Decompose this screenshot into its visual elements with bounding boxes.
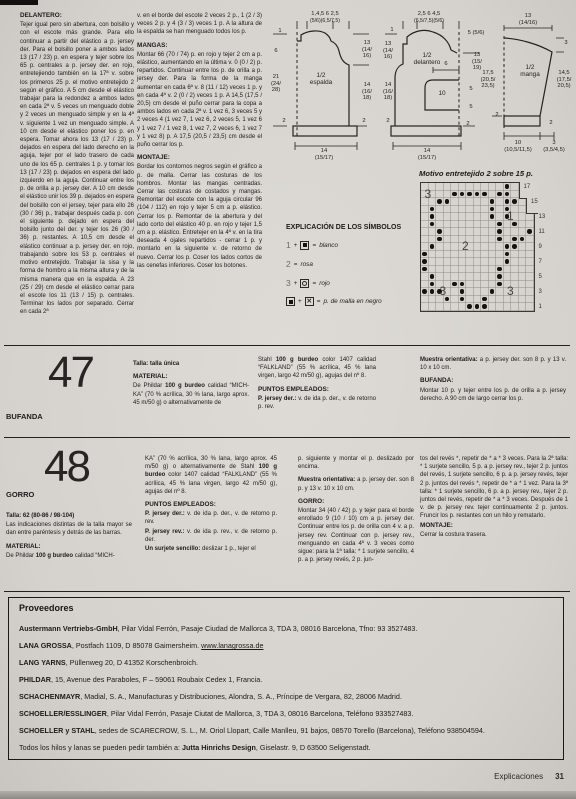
motif-row-number: 15 (531, 199, 538, 205)
measure-label: 3 (3,5/4,5) (534, 140, 574, 153)
legend-row: 1 + = blanco (286, 240, 418, 250)
supplier-entry: LANG YARNS, Püllenweg 20, D 41352 Korsch… (19, 658, 553, 667)
montaje-body: Cerrar la costura trasera. (420, 531, 568, 539)
escote-continuation: v. en el borde del escote 2 veces 2 p., … (137, 12, 262, 37)
measure-label: 2 (492, 112, 502, 119)
symbol-legend-heading: EXPLICACIÓN DE LOS SÍMBOLOS (286, 224, 418, 231)
motif-row-number: 9 (539, 244, 542, 250)
sec48-column-2: KA” (70 % acrílica, 30 % lana, largo apr… (145, 455, 277, 554)
motif-dot (467, 304, 472, 309)
espalda-schematic: 1,4,5 6 2,5 (5/6)(6,5/7,5) 1 6 21 (24/ 2… (263, 14, 379, 170)
measure-label: 1 (275, 28, 285, 35)
motif-dot (505, 199, 510, 204)
motif-dot (497, 267, 502, 272)
punto-line: P. jersey der.: v. de ida p. der., v. de… (145, 510, 277, 526)
measure-label: 2,5 6 4,5 (397, 11, 461, 18)
piece-name-label: 1/2 manga (510, 64, 550, 79)
measure-label: (5/6)(6,5/7,5) (289, 18, 361, 25)
supplier-details: , Giselastr. 9, D 63500 Seligenstadt. (256, 743, 371, 752)
supplier-website-link[interactable]: www.lanagrossa.de (201, 641, 263, 650)
motif-dot (475, 304, 480, 309)
motif-dot (460, 289, 465, 294)
pattern-title-bufanda: BUFANDA (6, 412, 43, 421)
motif-dot (422, 267, 427, 272)
material-heading: MATERIAL: (6, 543, 132, 551)
puntos-heading: PUNTOS EMPLEADOS: (145, 501, 277, 509)
measure-label: 2 (383, 118, 393, 125)
motif-dot (490, 199, 495, 204)
gorro-continuation: tos del revés *, repetir de * a * 3 vece… (420, 455, 568, 521)
material-text: De Phildar (133, 383, 165, 389)
material-text: Stahl (258, 357, 276, 363)
motif-dot (505, 252, 510, 257)
motif-dot (505, 244, 510, 249)
sec48-column-4: tos del revés *, repetir de * a * 3 vece… (420, 455, 568, 540)
motif-dot (452, 282, 457, 287)
motif-dot (437, 199, 442, 204)
legend-row: 2 = rosa (286, 259, 418, 269)
measure-label: 17,5 (20,5/ 23,5) (474, 70, 502, 90)
equals-sign: = (312, 242, 316, 249)
pattern-number-48: 48 (44, 442, 89, 492)
supplier-details: , Püllenweg 20, D 41352 Korschenbroich. (66, 658, 198, 667)
color-value: rosa (300, 261, 312, 268)
gorro-body: Montar 34 (40 / 42) p. y tejer para el b… (298, 507, 414, 564)
motif-dot (475, 192, 480, 197)
punto-line: Un surjete sencillo: deslizar 1 p., teje… (145, 545, 277, 553)
motif-dot (497, 229, 502, 234)
measure-label: 6 (271, 48, 281, 55)
supplier-name: Jutta Hinrichs Design (182, 743, 256, 752)
motif-region-number: 3 (425, 188, 432, 200)
supplier-details: , Madial, S. A., Manufacturas y Distribu… (80, 692, 402, 701)
muestra-term: Muestra orientativa: (420, 357, 478, 363)
black-stitch-symbol-icon (300, 241, 309, 250)
punto-term: P. jersey der.: (145, 511, 185, 517)
punto-desc: deslizar 1 p., tejer el (200, 546, 255, 552)
talla-line: Talla: 62 (80-86 / 98-104) (6, 512, 132, 520)
color-number: 3 (286, 278, 291, 288)
montaje-heading: MONTAJE: (137, 154, 262, 162)
motif-dot (512, 199, 517, 204)
motif-dot (430, 289, 435, 294)
motif-grid: 312331715131197531 (420, 182, 535, 312)
sec48-column-1: Talla: 62 (80-86 / 98-104) Las indicacio… (6, 512, 132, 561)
supplier-entry: PHILDAR, 15, Avenue des Paraboles, F – 5… (19, 675, 553, 684)
measure-label: 2 (279, 118, 289, 125)
motif-dot (497, 282, 502, 287)
suppliers-heading: Proveedores (19, 603, 74, 613)
material-body: Stahl 100 g burdeo color 1407 calidad “F… (258, 356, 376, 381)
motif-dot (482, 304, 487, 309)
motif-row-number: 5 (539, 274, 542, 280)
article-column-2: v. en el borde del escote 2 veces 2 p., … (137, 12, 262, 271)
motif-dot (430, 214, 435, 219)
motif-dot (460, 192, 465, 197)
supplier-entry: SCHOELLER y STAHL, sedes de SCARECROW, S… (19, 726, 553, 735)
motif-dot (422, 259, 427, 264)
x-symbol-icon: ✕ (305, 297, 314, 306)
motif-row-number: 7 (539, 259, 542, 265)
plus-sign: + (298, 298, 302, 305)
material-yarn-amount: 100 g burdeo (276, 357, 318, 363)
circle-icon (302, 281, 307, 286)
measure-label: (6,5/7,5)(5/6) (395, 18, 463, 25)
scan-edge-artifact (0, 0, 38, 5)
supplier-name: LANA GROSSA (19, 641, 72, 650)
measure-label: 13 (14/ 16) (376, 41, 400, 61)
gorro-heading: GORRO: (298, 498, 414, 506)
measure-label: 21 (24/ 28) (263, 74, 289, 94)
mangas-heading: MANGAS: (137, 42, 262, 50)
supplier-entry: LANA GROSSA, Postfach 1109, D 85078 Gaim… (19, 641, 553, 650)
symbol-legend: EXPLICACIÓN DE LOS SÍMBOLOS 1 + = blanco… (286, 224, 418, 306)
material-yarn-amount: 100 g burdeo (165, 383, 205, 389)
material-body: De Phildar 100 g burdeo calidad “MICH-KA… (133, 382, 249, 407)
motif-dot (520, 237, 525, 242)
circle-symbol-icon (300, 279, 309, 288)
scan-edge-artifact (0, 791, 576, 799)
measure-label: 13 (14/16) (502, 13, 554, 26)
sec48-column-3: p. siguiente y montar el p. deslizado po… (298, 455, 414, 565)
motif-dot (437, 229, 442, 234)
equals-sign: = (317, 298, 321, 305)
color-value: p. de malla en negro (323, 298, 381, 305)
sec47-column-3: Stahl 100 g burdeo color 1407 calidad “F… (258, 356, 376, 412)
section-divider (4, 437, 570, 438)
supplier-prefix: Todos los hilos y lanas se pueden pedir … (19, 743, 182, 752)
supplier-details: , 15, Avenue des Paraboles, F – 59061 Ro… (51, 675, 262, 684)
measure-label: 2 (463, 121, 473, 128)
supplier-name: PHILDAR (19, 675, 51, 684)
material-text: color 1407 calidad “FALKLAND” (55 % acrí… (145, 472, 277, 494)
motif-dot (437, 237, 442, 242)
measure-label: 1 (387, 27, 397, 34)
material-text: KA” (70 % acrílica, 30 % lana, largo apr… (145, 456, 277, 470)
pattern-number-47: 47 (48, 348, 93, 398)
motif-dot (512, 237, 517, 242)
legend-row: + ✕ = p. de malla en negro (286, 297, 418, 306)
color-value: blanco (319, 242, 338, 249)
equals-sign: = (312, 280, 316, 287)
measure-label: 14,5 (17,5/ 20,5) (550, 70, 576, 90)
supplier-details: , Postfach 1109, D 85078 Gaimersheim. (72, 641, 201, 650)
section-divider (4, 591, 570, 592)
pattern-title-gorro: GORRO (6, 490, 34, 499)
motif-dot (497, 274, 502, 279)
motif-dot (430, 222, 435, 227)
page-footer: Explicaciones31 (380, 772, 564, 781)
section-divider (4, 345, 570, 346)
motif-dot (497, 237, 502, 242)
punto-line: P. jersey der.: v. de ida p. der., v. de… (258, 395, 376, 411)
measure-label: 1,4,5 6 2,5 (291, 11, 359, 18)
motif-row-number: 13 (539, 214, 546, 220)
motif-dot (430, 282, 435, 287)
punto-term: P. jersey rev.: (145, 529, 184, 535)
motif-dot (527, 229, 532, 234)
filled-square-icon (303, 243, 307, 247)
magazine-page: DELANTERO: Tejer igual pero sin abertura… (0, 0, 576, 799)
supplier-name: SCHOELLER y STAHL (19, 726, 95, 735)
motif-chart-title: Motivo entretejido 2 sobre 15 p. (388, 169, 564, 178)
measure-label: 14 (15/17) (291, 148, 357, 161)
supplier-entry: SCHOELLER/ESSLINGER, Pilar Vidal Ferrón,… (19, 709, 553, 718)
motif-dot (467, 192, 472, 197)
talla-line: Talla: talla única (133, 360, 249, 368)
plus-sign: + (294, 280, 298, 287)
motif-dot (482, 297, 487, 302)
motif-dot (505, 259, 510, 264)
motif-dot (430, 207, 435, 212)
motif-dot (422, 289, 427, 294)
talla-note: Las indicaciones distintas de la talla m… (6, 521, 132, 537)
pocket-label: 10 (433, 90, 451, 97)
supplier-details: , Pilar Vidal Ferrón, Pasaje Ciutat de M… (107, 709, 413, 718)
motif-region-number: 3 (440, 285, 447, 297)
muestra-line: Muestra orientativa: a p. jersey der. so… (298, 476, 414, 492)
sec47-column-2: Talla: talla única MATERIAL: De Phildar … (133, 360, 249, 408)
bufanda-body: Montar 10 p. y tejer entre los p. de ori… (420, 387, 566, 403)
footer-section-label: Explicaciones (494, 772, 543, 781)
mangas-body: Montar 66 (70 / 74) p. en rojo y tejer 2… (137, 51, 262, 149)
motif-dot (445, 199, 450, 204)
piece-name-label: 1/2 espalda (299, 72, 343, 87)
material-text: De Phildar (6, 553, 36, 559)
punto-line: P. jersey rev.: v. de ida p. rev., v. de… (145, 528, 277, 544)
montaje-body: Bordar los contornos negros según el grá… (137, 163, 262, 270)
material-body: KA” (70 % acrílica, 30 % lana, largo apr… (145, 455, 277, 496)
measure-label: 2 (546, 120, 556, 127)
measure-label: 2 (359, 118, 369, 125)
puntos-heading: PUNTOS EMPLEADOS: (258, 386, 376, 394)
motif-row-number: 17 (524, 184, 531, 190)
motif-region-number: 3 (507, 285, 514, 297)
supplier-name: SCHOELLER/ESSLINGER (19, 709, 107, 718)
motif-dot (497, 222, 502, 227)
color-value: rojo (319, 280, 330, 287)
page-number: 31 (555, 772, 564, 781)
measure-label: 14 (16/ 18) (376, 82, 400, 102)
motif-dot (430, 274, 435, 279)
bufanda-heading: BUFANDA: (420, 377, 566, 385)
material-yarn-amount: 100 g burdeo (36, 553, 73, 559)
motif-dot (482, 192, 487, 197)
motif-dot (497, 192, 502, 197)
muestra-term: Muestra orientativa: (298, 477, 355, 483)
article-column-1: DELANTERO: Tejer igual pero sin abertura… (20, 12, 134, 318)
material-body: De Phildar 100 g burdeo calidad “MICH- (6, 552, 132, 560)
motif-region-number: 1 (507, 210, 514, 222)
motif-row-number: 3 (539, 289, 542, 295)
motif-dot (490, 207, 495, 212)
supplier-name: LANG YARNS (19, 658, 66, 667)
supplier-entry: SCHACHENMAYR, Madial, S. A., Manufactura… (19, 692, 553, 701)
muestra-line: Muestra orientativa: a p. jersey der. so… (420, 356, 566, 372)
x-icon: ✕ (307, 299, 312, 305)
black-stitch-symbol-icon (286, 297, 295, 306)
montaje-heading: MONTAJE: (420, 522, 568, 530)
motif-dot (430, 244, 435, 249)
supplier-entry: Todos los hilos y lanas se pueden pedir … (19, 743, 553, 752)
plus-sign: + (294, 242, 298, 249)
motif-chart: 312331715131197531 (420, 182, 566, 316)
measure-label: 14 (15/17) (393, 148, 461, 161)
equals-sign: = (294, 261, 298, 268)
motif-dot (490, 289, 495, 294)
motif-dot (505, 192, 510, 197)
delantero-body: Tejer igual pero sin abertura, con bolsi… (20, 21, 134, 316)
motif-dot (460, 282, 465, 287)
supplier-name: Austermann Vertriebs-GmbH (19, 624, 118, 633)
punto-term: Un surjete sencillo: (145, 546, 200, 552)
supplier-details: , sedes de SCARECROW, S. L., M. Oriol Ll… (95, 726, 485, 735)
motif-dot (460, 297, 465, 302)
delantero-heading: DELANTERO: (20, 12, 134, 20)
sec47-column-4: Muestra orientativa: a p. jersey der. so… (420, 356, 566, 404)
motif-dot (422, 252, 427, 257)
supplier-entry: Austermann Vertriebs-GmbH, Pilar Vidal F… (19, 624, 553, 633)
color-number: 1 (286, 240, 291, 250)
filled-square-icon (289, 300, 293, 304)
supplier-details: , Pilar Vidal Ferrón, Pasaje Ciudad de M… (118, 624, 418, 633)
motif-dot (452, 192, 457, 197)
material-heading: MATERIAL: (133, 373, 249, 381)
motif-region-number: 2 (462, 240, 469, 252)
motif-dot (512, 244, 517, 249)
motif-row-number: 1 (539, 304, 542, 310)
color-number: 2 (286, 259, 291, 269)
manga-schematic: 13 (14/16) 17,5 (20,5/ 23,5) 2 3 14,5 (1… (476, 22, 576, 168)
supplier-name: SCHACHENMAYR (19, 692, 80, 701)
material-text: calidad “MICH- (73, 553, 115, 559)
piece-name-label: 1/2 delantero (405, 52, 449, 67)
measure-label: 3 (560, 40, 572, 47)
delantero-schematic: 2,5 6 4,5 (6,5/7,5)(5/6) 1 13 (14/ 16) 1… (381, 14, 491, 170)
legend-row: 3 + = rojo (286, 278, 418, 288)
motif-dot (505, 184, 510, 189)
punto-continuation: p. siguiente y montar el p. deslizado po… (298, 455, 414, 471)
punto-term: P. jersey der.: (258, 396, 296, 402)
suppliers-box: Proveedores Austermann Vertriebs-GmbH, P… (8, 597, 564, 760)
motif-row-number: 11 (539, 229, 545, 235)
motif-dot (490, 214, 495, 219)
